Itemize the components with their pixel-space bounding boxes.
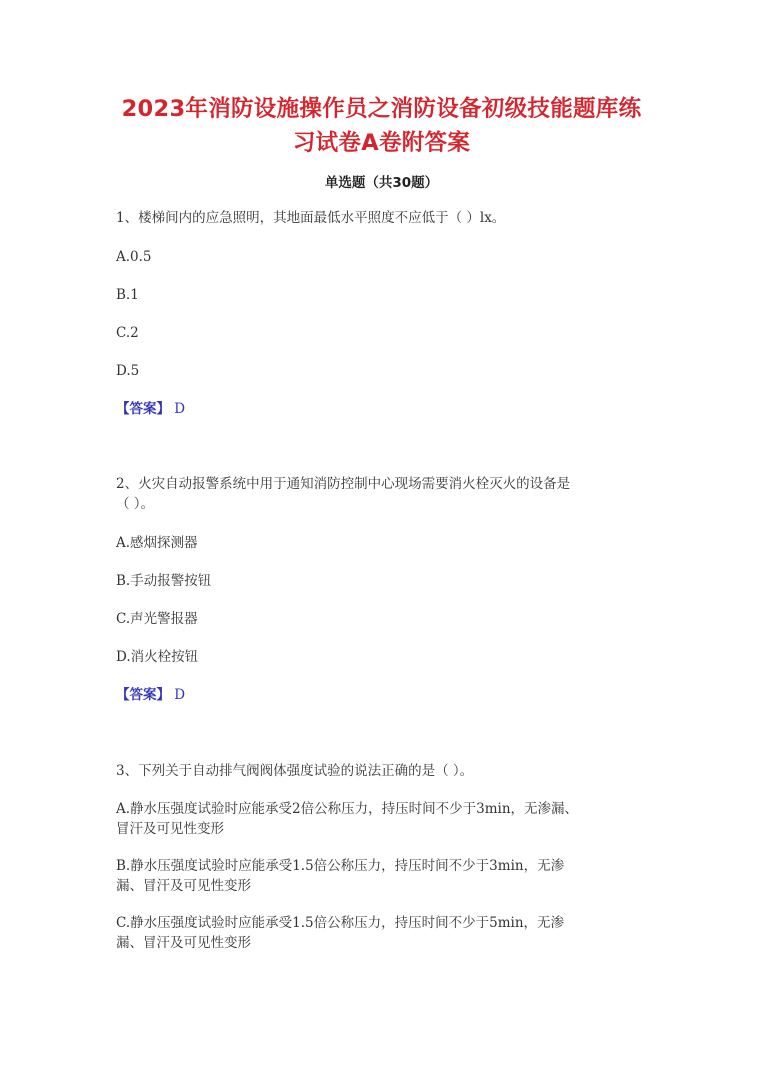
question-1-option-a: A.0.5: [116, 247, 152, 267]
question-3-option-b-line-2: 漏、冒汗及可见性变形: [116, 876, 251, 896]
question-2-option-a: A.感烟探测器: [116, 533, 198, 553]
title-line-2: 习试卷A卷附答案: [100, 126, 663, 160]
question-2-stem-line-2: （ ）。: [116, 494, 154, 514]
question-1-option-c: C.2: [116, 323, 139, 343]
answer-label: 【答案】: [116, 687, 170, 703]
question-1-option-d: D.5: [116, 361, 139, 381]
question-3-option-c-line-1: C.静水压强度试验时应能承受1.5倍公称压力，持压时间不少于5min，无渗: [116, 913, 564, 933]
document-title: 2023年消防设施操作员之消防设备初级技能题库练 习试卷A卷附答案: [100, 92, 663, 160]
section-heading: 单选题（共30题）: [0, 171, 763, 191]
question-3-stem: 3、下列关于自动排气阀阀体强度试验的说法正确的是（ ）。: [116, 761, 473, 781]
question-1-option-b: B.1: [116, 285, 139, 305]
question-3-option-c-line-2: 漏、冒汗及可见性变形: [116, 933, 251, 953]
question-3-option-a-line-1: A.静水压强度试验时应能承受2倍公称压力，持压时间不少于3min，无渗漏、: [116, 799, 578, 819]
question-2-answer: 【答案】 D: [116, 685, 185, 705]
document-page: 2023年消防设施操作员之消防设备初级技能题库练 习试卷A卷附答案 单选题（共3…: [0, 0, 763, 1080]
answer-label: 【答案】: [116, 401, 170, 417]
question-2-option-b: B.手动报警按钮: [116, 571, 211, 591]
question-2-option-d: D.消火栓按钮: [116, 647, 198, 667]
question-1-stem: 1、楼梯间内的应急照明，其地面最低水平照度不应低于（ ）lx。: [116, 208, 505, 228]
question-1-answer: 【答案】 D: [116, 399, 185, 419]
question-3-option-b-line-1: B.静水压强度试验时应能承受1.5倍公称压力，持压时间不少于3min，无渗: [116, 856, 564, 876]
question-2-option-c: C.声光警报器: [116, 609, 198, 629]
title-line-1: 2023年消防设施操作员之消防设备初级技能题库练: [100, 92, 663, 126]
answer-value: D: [174, 401, 185, 417]
question-3-option-a-line-2: 冒汗及可见性变形: [116, 819, 224, 839]
question-2-stem-line-1: 2、火灾自动报警系统中用于通知消防控制中心现场需要消火栓灭火的设备是: [116, 474, 570, 494]
answer-value: D: [174, 687, 185, 703]
